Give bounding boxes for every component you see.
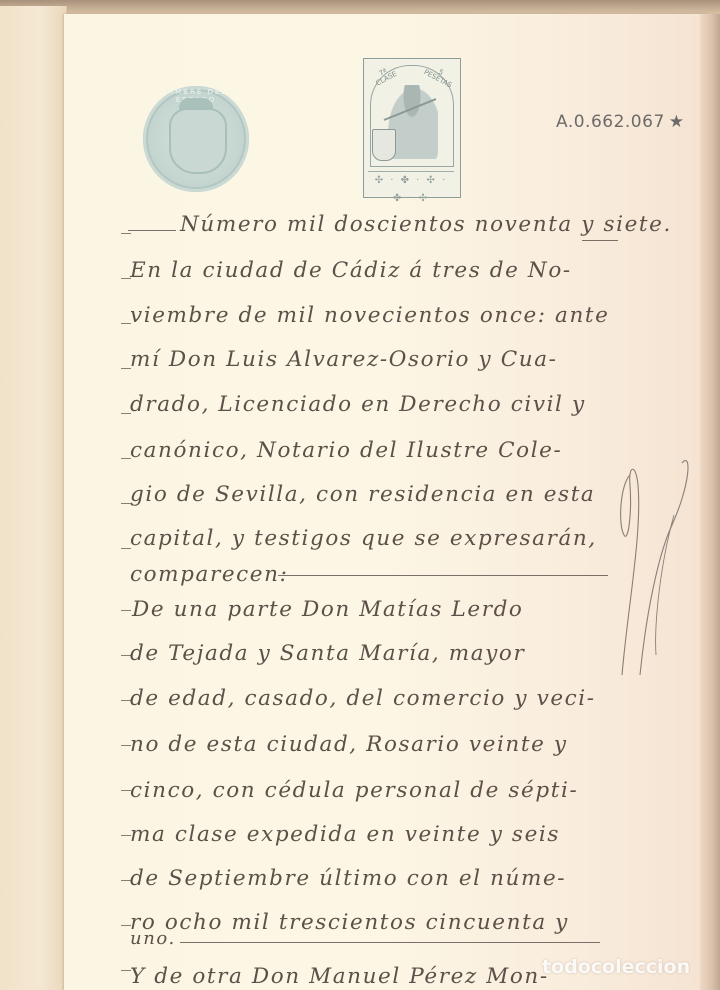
deed-line-7: gio de Sevilla, con residencia en esta (130, 482, 595, 507)
deed-line-4: mí Don Luis Alvarez-Osorio y Cua- (130, 347, 558, 372)
shield-icon (372, 129, 396, 161)
underlying-sheet-left (0, 6, 67, 990)
deed-line-15: ma clase expedida en veinte y seis (130, 822, 560, 847)
trailing-rule (582, 240, 618, 241)
deed-line-10: De una parte Don Matías Lerdo (132, 597, 523, 622)
leading-rule (128, 230, 176, 231)
fill-rule (180, 942, 600, 943)
serial-number: A.0.662.067★ (556, 112, 685, 132)
deed-line-13: no de esta ciudad, Rosario veinte y (130, 732, 568, 757)
deed-line-18: uno. (130, 928, 176, 949)
deed-line-8: capital, y testigos que se expresarán, (130, 526, 597, 551)
deed-line-19: Y de otra Don Manuel Pérez Mon- (130, 964, 549, 989)
deed-line-12: de edad, casado, del comercio y veci- (130, 686, 596, 711)
deed-line-14: cinco, con cédula personal de sépti- (130, 778, 578, 803)
deed-line-9: comparecen: (130, 562, 288, 587)
serial-number-text: A.0.662.067 (556, 112, 665, 132)
deed-line-11: de Tejada y Santa María, mayor (130, 641, 525, 666)
revenue-stamp: 7ª CLASE 5 PESETAS ✣ · ✤ · ✣ · ✤ · ✣ (363, 58, 461, 198)
star-icon: ★ (669, 112, 685, 132)
deed-line-6: canónico, Notario del Ilustre Cole- (130, 438, 562, 463)
deed-line-16: de Septiembre último con el núme- (130, 866, 566, 891)
margin-tick (121, 233, 131, 234)
deed-line-2: En la ciudad de Cádiz á tres de No- (130, 258, 572, 283)
embossed-seal-icon: TIMBRE DEL ESTADO (143, 86, 249, 192)
notary-rubric-icon (612, 455, 692, 685)
deed-line-17: ro ocho mil trescientos cincuenta y (130, 910, 569, 935)
deed-line-3: viembre de mil novecientos once: ante (130, 303, 610, 328)
margin-tick (121, 610, 131, 611)
page-right-edge-shadow (700, 14, 720, 990)
fill-rule (278, 575, 608, 576)
stamp-ornament-border: ✣ · ✤ · ✣ · ✤ · ✣ (368, 171, 454, 190)
coat-of-arms-icon (169, 108, 227, 174)
deed-line-5: drado, Licenciado en Derecho civil y (130, 392, 586, 417)
todocoleccion-watermark: todocoleccion (542, 956, 690, 978)
deed-line-1: Número mil doscientos noventa y siete. (180, 212, 672, 237)
